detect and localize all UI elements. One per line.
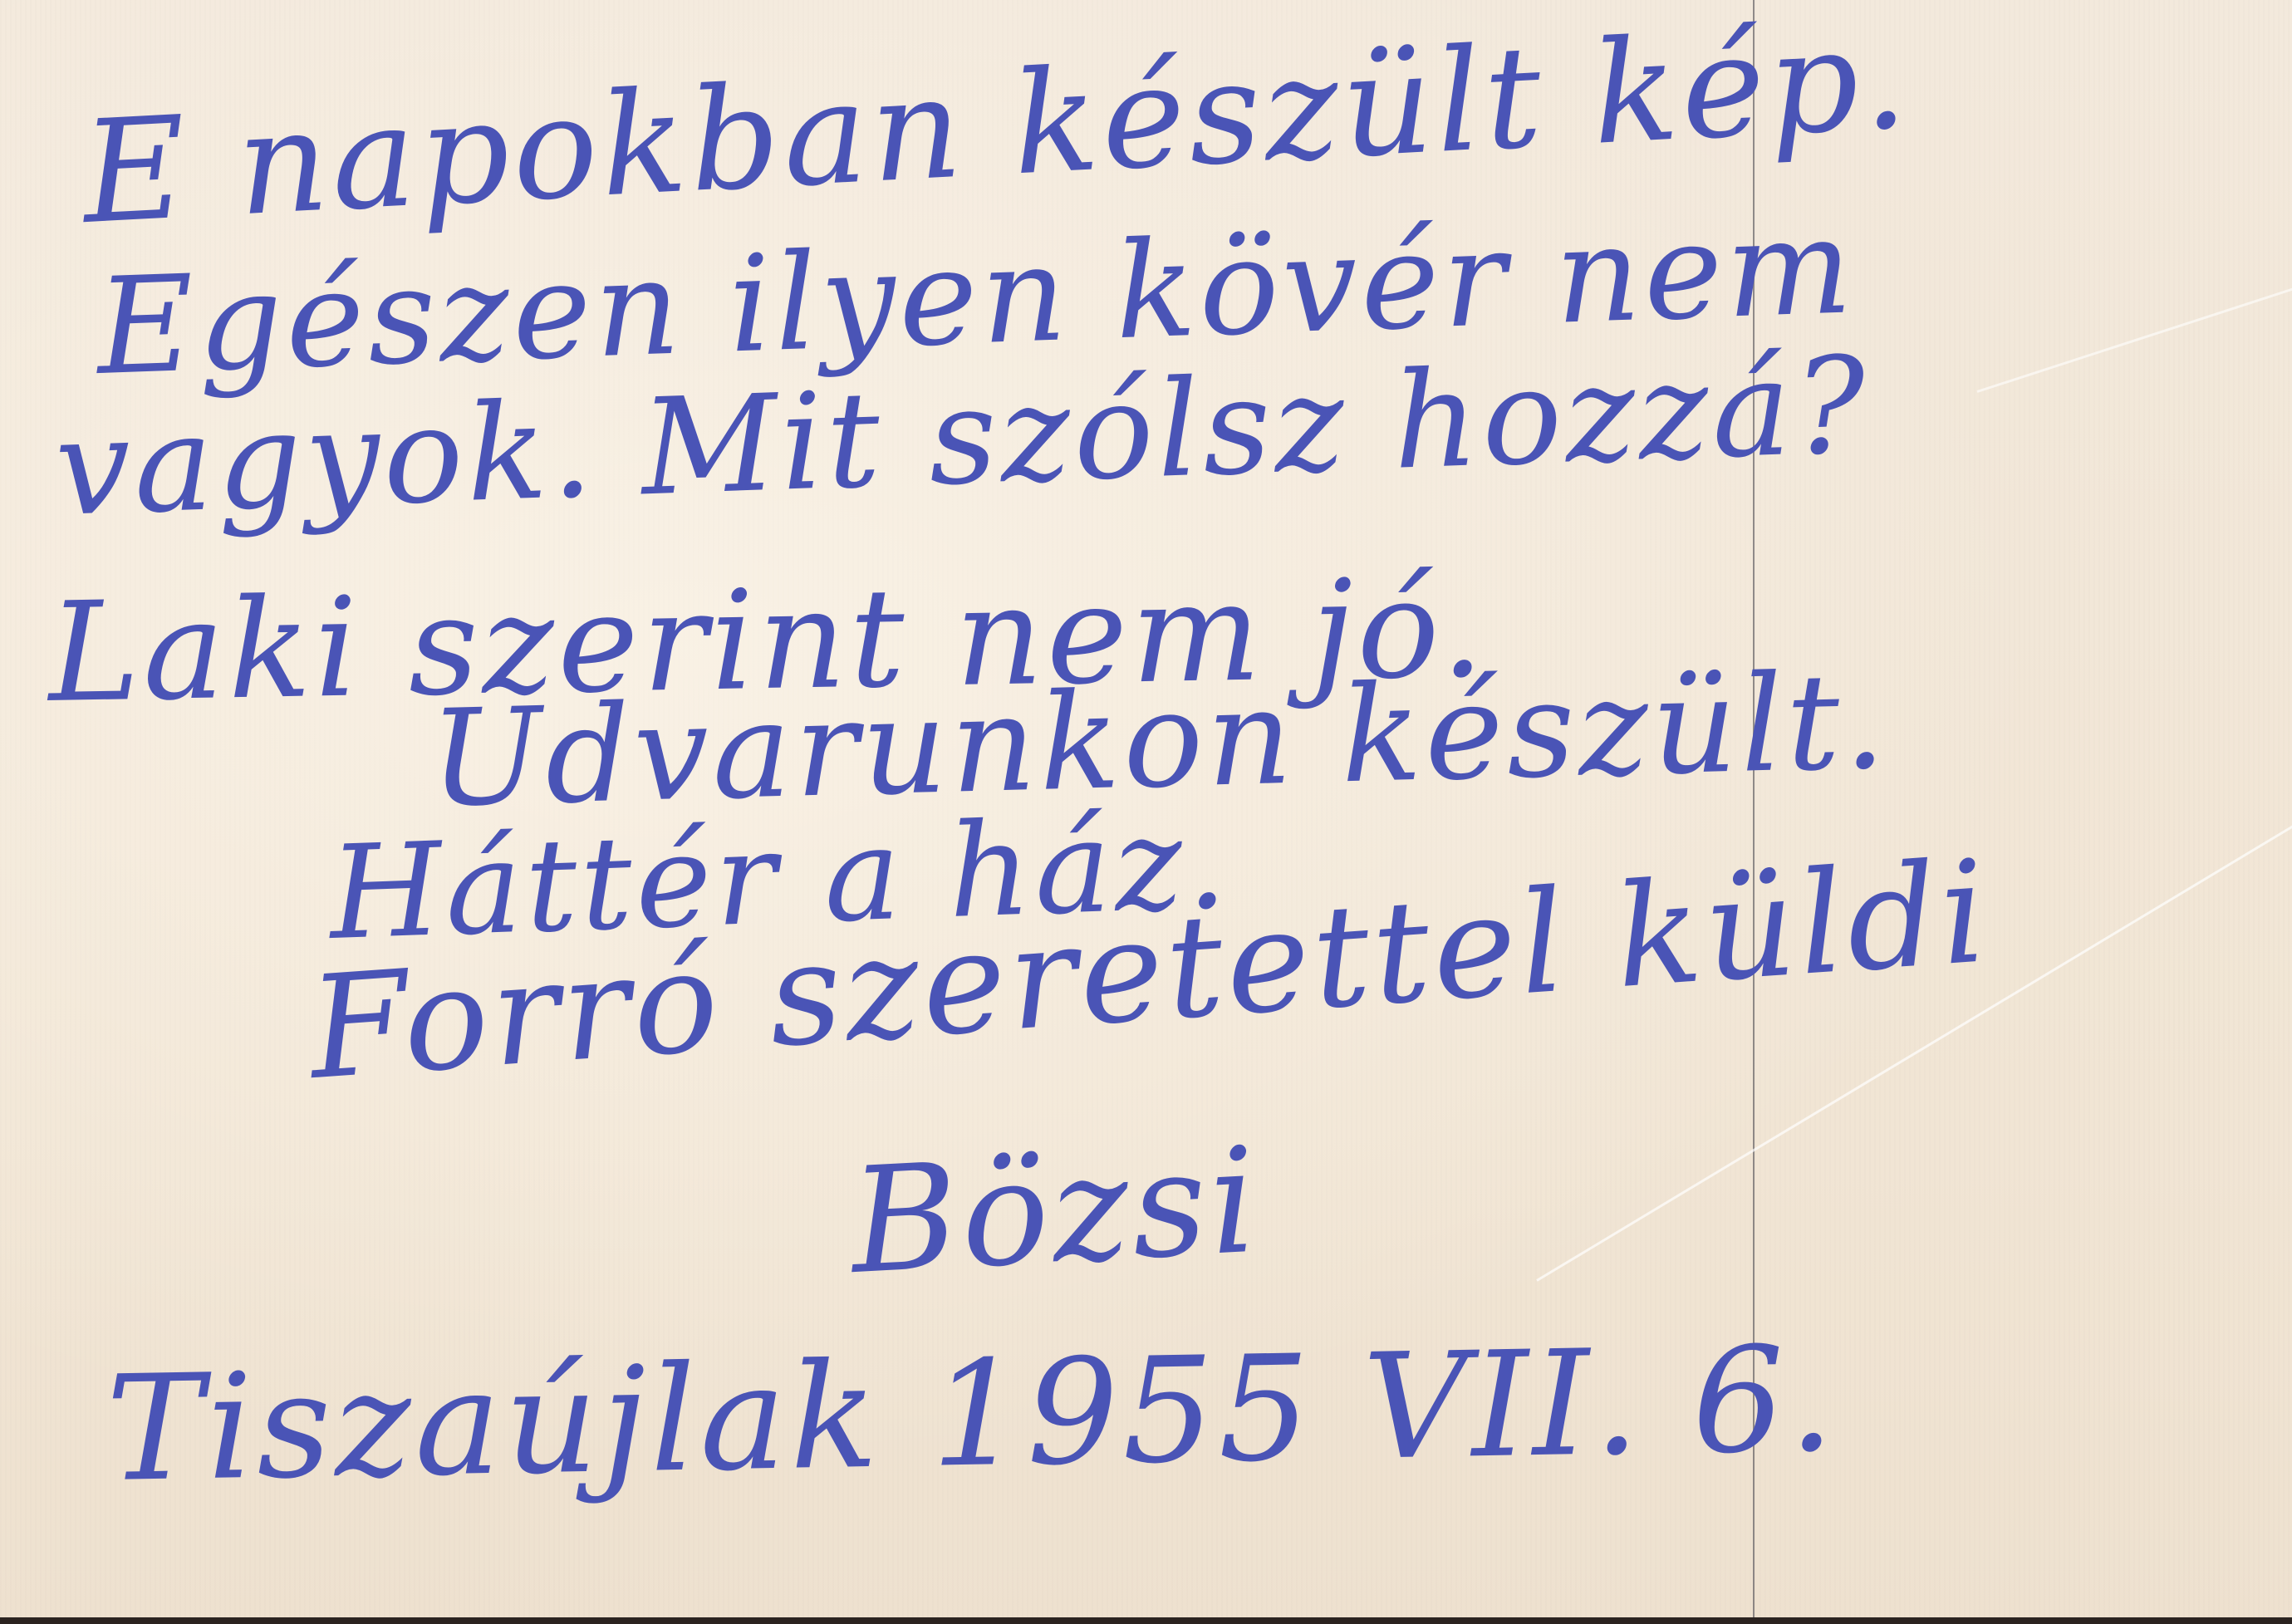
signature: Bözsi	[847, 1117, 1264, 1307]
paper-crease-top	[1977, 262, 2292, 393]
postcard-back: E napokban készült kép. Egészen ilyen kö…	[0, 0, 2292, 1624]
scan-bottom-edge	[0, 1617, 2292, 1624]
place-and-date: Tiszaújlak 1955 VII. 6.	[105, 1316, 1838, 1514]
